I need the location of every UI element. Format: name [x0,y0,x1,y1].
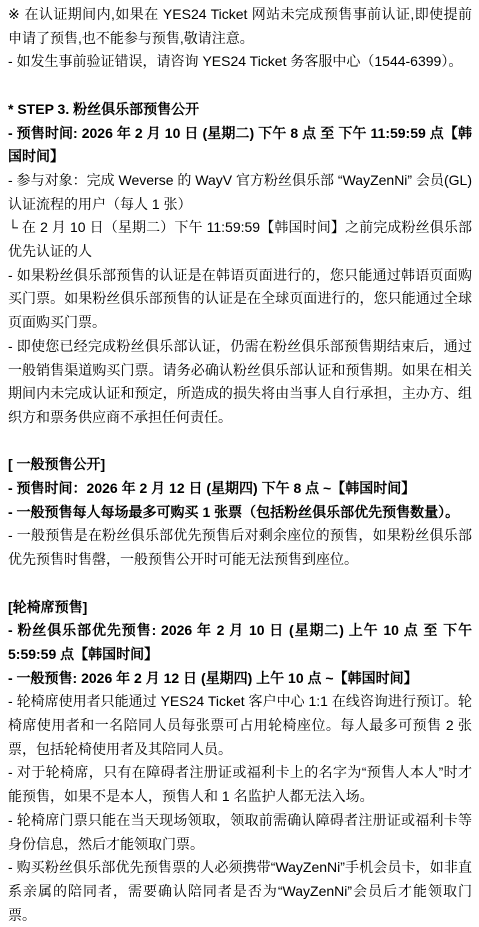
general-presale-time: - 预售时间：2026 年 2 月 12 日 (星期四) 下午 8 点 ~【韩国… [8,477,472,501]
verification-error-contact: - 如发生事前验证错误，请咨询 YES24 Ticket 务客服中心（1544-… [8,50,472,74]
wheelchair-ticket-pickup: - 轮椅席门票只能在当天现场领取，领取前需确认障碍者注册证或福利卡等身份信息，然… [8,809,472,856]
page-language-restriction: - 如果粉丝俱乐部预售的认证是在韩语页面进行的，您只能通过韩语页面购买门票。如果… [8,264,472,335]
fanclub-auth-deadline-note: └ 在 2 月 10 日（星期二）下午 11:59:59【韩国时间】之前完成粉丝… [8,216,472,263]
wheelchair-name-match-rule: - 对于轮椅席，只有在障碍者注册证或福利卡上的名字为“预售人本人”时才能预售，如… [8,761,472,808]
auth-period-warning: ※ 在认证期间内,如果在 YES24 Ticket 网站未完成预售事前认证,即使… [8,3,472,50]
fanclub-auth-disclaimer: - 即使您已经完成粉丝俱乐部认证，仍需在粉丝俱乐部预售期结束后，通过一般销售渠道… [8,335,472,430]
wheelchair-fanclub-presale-time: - 粉丝俱乐部优先预售: 2026 年 2 月 10 日 (星期二) 上午 10… [8,619,472,666]
wheelchair-booking-method: - 轮椅席使用者只能通过 YES24 Ticket 客户中心 1:1 在线咨询进… [8,690,472,761]
fanclub-eligibility: - 参与对象：完成 Weverse 的 WayV 官方粉丝俱乐部 “WayZen… [8,169,472,216]
wheelchair-presale-heading: [轮椅席预售] [8,596,472,620]
fanclub-membership-card-rule: - 购买粉丝俱乐部优先预售票的人必须携带“WayZenNi”手机会员卡，如非直系… [8,856,472,927]
wheelchair-general-presale-time: - 一般预售: 2026 年 2 月 12 日 (星期四) 上午 10 点 ~【… [8,667,472,691]
general-ticket-limit: - 一般预售每人每场最多可购买 1 张票（包括粉丝俱乐部优先预售数量）。 [8,501,472,525]
ticket-presale-notice-document: ※ 在认证期间内,如果在 YES24 Ticket 网站未完成预售事前认证,即使… [0,0,479,927]
step3-fanclub-presale-heading: * STEP 3. 粉丝俱乐部预售公开 [8,98,472,122]
fanclub-presale-time: - 预售时间: 2026 年 2 月 10 日 (星期二) 下午 8 点 至 下… [8,122,472,169]
general-presale-heading: [ 一般预售公开] [8,453,472,477]
general-remaining-seats-note: - 一般预售是在粉丝俱乐部优先预售后对剩余座位的预售，如果粉丝俱乐部优先预售时售… [8,524,472,571]
